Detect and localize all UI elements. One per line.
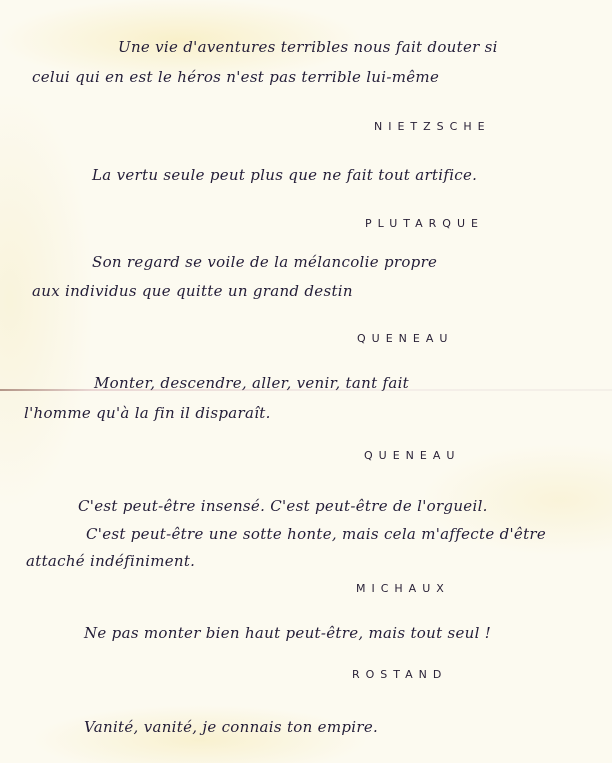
quote-line: attaché indéfiniment.: [26, 552, 195, 570]
quote-author: ROSTAND: [352, 668, 447, 681]
quote-line: C'est peut-être insensé. C'est peut-être…: [78, 497, 488, 515]
quote-line: La vertu seule peut plus que ne fait tou…: [92, 166, 477, 184]
quote-line: Monter, descendre, aller, venir, tant fa…: [94, 374, 409, 392]
quote-line: l'homme qu'à la fin il disparaît.: [24, 404, 271, 422]
quote-author: MICHAUX: [356, 582, 450, 595]
quote-author: QUENEAU: [364, 449, 460, 462]
quote-author: NIETZSCHE: [374, 120, 491, 133]
quote-line: Vanité, vanité, je connais ton empire.: [84, 718, 378, 736]
quote-line: C'est peut-être une sotte honte, mais ce…: [86, 525, 546, 543]
quote-line: Ne pas monter bien haut peut-être, mais …: [84, 624, 491, 642]
quote-author: PLUTARQUE: [365, 217, 484, 230]
quote-line: Une vie d'aventures terribles nous fait …: [118, 38, 498, 56]
quote-author: QUENEAU: [357, 332, 453, 345]
quote-line: Son regard se voile de la mélancolie pro…: [92, 253, 437, 271]
quote-line: aux individus que quitte un grand destin: [32, 282, 353, 300]
quote-line: celui qui en est le héros n'est pas terr…: [32, 68, 439, 86]
